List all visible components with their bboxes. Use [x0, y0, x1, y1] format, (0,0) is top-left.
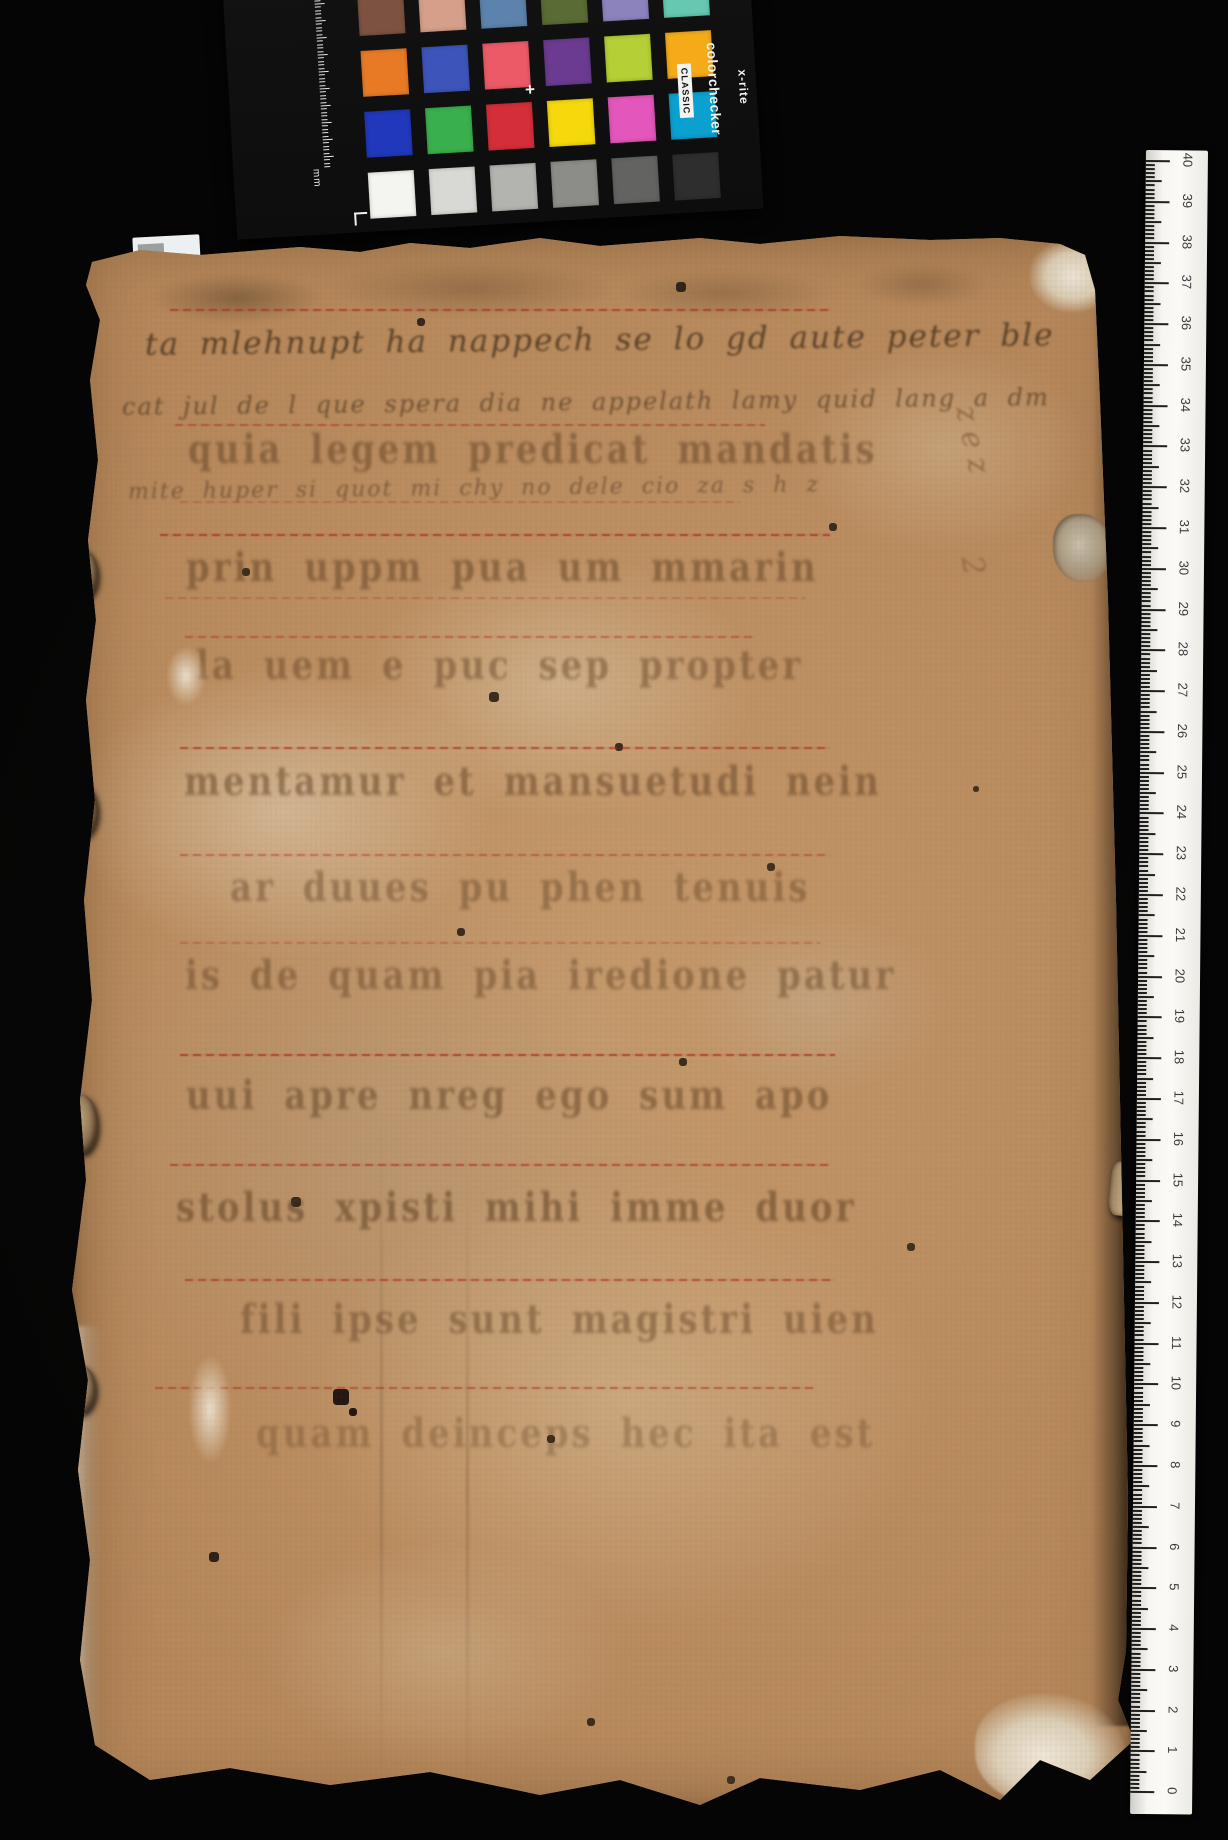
ruler-number: 12 [1169, 1290, 1184, 1314]
ruler-tick [1135, 1245, 1144, 1247]
card-mm-tick [323, 153, 329, 154]
ruler-tick [1132, 1648, 1148, 1650]
ruler-tick [1139, 910, 1148, 912]
card-registration-cross: + [525, 80, 536, 101]
ruler-tick [1131, 1763, 1140, 1765]
ruler-tick [1144, 405, 1168, 407]
ruler-tick [1130, 1771, 1146, 1773]
ruler-tick [1135, 1281, 1151, 1283]
ruler-tick [1145, 221, 1161, 223]
ruler-tick [1135, 1334, 1144, 1336]
ruler-tick [1143, 437, 1152, 439]
ruler-tick [1137, 1082, 1146, 1084]
ruler-tick [1138, 976, 1162, 978]
faded-gothic-text-line: fili ipse sunt magistri uien [240, 1296, 879, 1343]
ruler-tick [1138, 1016, 1162, 1018]
ruler-tick [1138, 1020, 1147, 1022]
ruler-tick [1133, 1526, 1149, 1528]
ruler-tick [1131, 1697, 1140, 1699]
ruler-tick [1143, 413, 1152, 415]
ruler-tick [1143, 441, 1152, 443]
card-mm-tick [321, 115, 327, 116]
faded-gothic-text-line: stolus xpisti mihi imme duor [176, 1184, 856, 1231]
ruler-tick [1135, 1322, 1151, 1324]
ruler-tick [1144, 339, 1153, 341]
ruler-tick [1144, 331, 1153, 333]
color-patch [550, 159, 599, 208]
ruler-tick [1141, 710, 1157, 712]
manuscript-lines: ta mlehnupt ha nappech se lo gd aute pet… [70, 226, 1134, 1812]
ruler-tick [1143, 494, 1152, 496]
ruler-tick [1136, 1220, 1160, 1222]
ruler-tick [1130, 1767, 1139, 1769]
ruler-tick [1134, 1436, 1143, 1438]
ruler-tick [1145, 246, 1154, 248]
manuscript-cover: ta mlehnupt ha nappech se lo gd aute pet… [70, 226, 1134, 1812]
ruler-tick [1135, 1302, 1159, 1304]
ruler-tick [1133, 1493, 1142, 1495]
card-mm-tick [320, 92, 326, 93]
ruler-number: 28 [1176, 637, 1191, 661]
ruler-tick [1131, 1661, 1140, 1663]
card-mm-tick [316, 20, 326, 22]
ruler-tick [1142, 519, 1151, 521]
ruler-number: 37 [1179, 270, 1194, 294]
ruler-tick [1137, 1126, 1146, 1128]
color-patch [604, 34, 653, 83]
ruler-tick [1132, 1624, 1141, 1626]
ruler-tick [1144, 364, 1168, 366]
card-mm-tick [320, 88, 330, 90]
card-mm-tick [314, 0, 320, 1]
ruler-tick [1136, 1196, 1145, 1198]
ruler-tick [1141, 719, 1150, 721]
ruler-tick [1140, 727, 1149, 729]
ruler-tick [1136, 1192, 1145, 1194]
color-patch [611, 156, 660, 205]
ruler-number: 40 [1180, 148, 1195, 172]
ruler-tick [1138, 980, 1147, 982]
ruler-tick [1139, 878, 1148, 880]
ruler-tick [1134, 1351, 1143, 1353]
ruler-tick [1142, 564, 1151, 566]
ruler-tick [1142, 584, 1151, 586]
ruler-tick [1132, 1636, 1141, 1638]
ruler-tick [1145, 229, 1154, 231]
ruler-tick [1144, 323, 1168, 325]
ruler-tick [1133, 1481, 1142, 1483]
ruler-tick [1137, 1049, 1146, 1051]
color-patch [479, 0, 528, 29]
card-mm-tick [317, 47, 323, 48]
color-patch [486, 102, 535, 151]
ruler-tick [1130, 1775, 1139, 1777]
ruler-tick [1135, 1294, 1144, 1296]
red-ruling-line [180, 501, 740, 503]
ruler-tick [1138, 996, 1154, 998]
ruler-tick [1132, 1604, 1141, 1606]
ruler-tick [1143, 462, 1152, 464]
ruler-tick [1138, 939, 1147, 941]
ruler-tick [1138, 1004, 1147, 1006]
ruler-tick [1133, 1469, 1142, 1471]
card-mm-tick [317, 51, 323, 52]
ruler-tick [1143, 482, 1152, 484]
ruler-tick [1135, 1343, 1159, 1345]
ruler-tick [1140, 739, 1149, 741]
ruler-tick [1137, 1102, 1146, 1104]
ruler-number: 30 [1176, 556, 1191, 580]
ruler-number: 38 [1180, 229, 1195, 253]
ruler-tick [1145, 237, 1154, 239]
card-mm-tick [315, 13, 321, 14]
ruler-tick [1136, 1151, 1145, 1153]
ruler-tick [1146, 189, 1155, 191]
ruler-tick [1137, 1098, 1161, 1100]
ruler-tick [1145, 213, 1154, 215]
ruler-tick [1144, 397, 1153, 399]
ruler-tick [1141, 657, 1150, 659]
ruler-tick [1131, 1742, 1140, 1744]
card-mm-tick [318, 61, 324, 62]
ruler-number: 36 [1179, 311, 1194, 335]
ruler-tick [1134, 1367, 1143, 1369]
ruler-tick [1140, 747, 1149, 749]
ruler-tick [1141, 698, 1150, 700]
ruler-number: 15 [1171, 1167, 1186, 1191]
ruler-tick [1140, 792, 1156, 794]
ruler-tick [1143, 507, 1159, 509]
ruler-tick [1132, 1608, 1148, 1610]
ruler-tick [1139, 894, 1163, 896]
ruler-tick [1131, 1681, 1140, 1683]
ruler-tick [1135, 1330, 1144, 1332]
card-mm-tick [322, 122, 332, 124]
ruler-tick [1141, 645, 1150, 647]
ruler-tick [1132, 1632, 1141, 1634]
color-patch [543, 37, 592, 86]
ruler-number: 6 [1167, 1534, 1182, 1558]
ruler-tick [1143, 466, 1159, 468]
card-mm-tick [317, 44, 323, 45]
ruler-tick [1133, 1534, 1142, 1536]
ruler-tick [1137, 1110, 1146, 1112]
ruler-tick [1133, 1542, 1142, 1544]
ruler-tick [1134, 1359, 1143, 1361]
ruler-tick [1140, 812, 1164, 814]
ruler-tick [1132, 1555, 1141, 1557]
ruler-tick [1145, 209, 1154, 211]
red-ruling-line [180, 942, 820, 944]
ruler-tick [1131, 1754, 1140, 1756]
ruler-tick [1143, 409, 1152, 411]
ruler-tick [1137, 1073, 1146, 1075]
ruler-tick [1145, 290, 1154, 292]
ruler-tick [1135, 1257, 1144, 1259]
ruler-tick [1139, 829, 1148, 831]
color-patch [600, 0, 649, 22]
ruler-tick [1134, 1449, 1143, 1451]
color-patch [429, 166, 478, 215]
ruler-number: 4 [1166, 1616, 1181, 1640]
card-mm-tick [318, 68, 324, 69]
ruler-tick [1143, 474, 1152, 476]
ruler-tick [1142, 535, 1151, 537]
ruler-tick [1138, 1008, 1147, 1010]
ruler-tick [1145, 282, 1169, 284]
ruler-tick [1141, 653, 1150, 655]
ruler-tick [1146, 197, 1155, 199]
ruler-tick [1144, 360, 1153, 362]
ruler-tick [1145, 217, 1154, 219]
ruler-tick [1132, 1652, 1141, 1654]
ruler-number: 18 [1172, 1045, 1187, 1069]
card-mm-tick [324, 156, 334, 158]
ruler-tick [1133, 1485, 1149, 1487]
card-mm-tick [321, 105, 331, 107]
ruler-tick [1146, 172, 1155, 174]
ruler-tick [1142, 547, 1158, 549]
ruler-tick [1139, 865, 1148, 867]
ruler-tick [1143, 445, 1167, 447]
ruler-tick [1142, 572, 1151, 574]
ruler-tick [1141, 670, 1157, 672]
ruler-tick [1139, 918, 1148, 920]
ruler-number: 24 [1174, 800, 1189, 824]
card-mm-tick [323, 142, 329, 143]
ruler-tick [1139, 927, 1148, 929]
ruler-tick [1135, 1249, 1144, 1251]
ruler-tick [1144, 311, 1153, 313]
ruler-tick [1141, 629, 1157, 631]
ruler-tick [1139, 857, 1148, 859]
ruler-tick [1141, 633, 1150, 635]
card-mm-tick [323, 149, 329, 150]
ruler-tick [1132, 1620, 1141, 1622]
ruler-tick [1134, 1387, 1143, 1389]
ruler-tick [1134, 1400, 1143, 1402]
ruler-tick [1132, 1657, 1141, 1659]
ruler-tick [1142, 600, 1151, 602]
ruler-tick [1133, 1530, 1142, 1532]
ruler-tick [1137, 1135, 1146, 1137]
ruler-tick [1132, 1583, 1141, 1585]
card-side-text: x-rite colorchecker CLASSIC [672, 0, 757, 201]
colorchecker-card: mm + x-rite colorchecker CLASSIC [219, 0, 764, 240]
ruler-tick [1146, 160, 1170, 162]
ruler-tick [1135, 1261, 1159, 1263]
red-ruling-line [170, 1164, 830, 1166]
ruler-tick [1138, 1024, 1147, 1026]
ruler-tick [1144, 348, 1153, 350]
ruler-tick [1141, 641, 1150, 643]
ruler-tick [1138, 943, 1147, 945]
card-mm-tick [317, 41, 323, 42]
ruler-tick [1131, 1669, 1155, 1671]
ruler-tick [1142, 560, 1151, 562]
ruler-tick [1135, 1298, 1144, 1300]
ruler-tick [1144, 343, 1160, 345]
ruler-tick [1141, 690, 1165, 692]
ruler-tick [1143, 498, 1152, 500]
ruler-tick [1136, 1143, 1145, 1145]
ruler-tick [1136, 1179, 1160, 1181]
ruler-tick [1140, 800, 1149, 802]
ruler-tick [1140, 784, 1149, 786]
ruler-tick [1146, 193, 1155, 195]
ruler-tick [1136, 1188, 1145, 1190]
ruler-tick [1143, 490, 1152, 492]
color-patch [368, 170, 417, 219]
ruler-tick [1134, 1424, 1158, 1426]
red-ruling-line [185, 636, 755, 638]
ruler-tick [1133, 1473, 1142, 1475]
card-mm-label: mm [310, 169, 322, 188]
ruler-tick [1131, 1734, 1140, 1736]
card-mm-tick [316, 30, 322, 31]
card-mm-tick [322, 129, 328, 130]
ruler-tick [1138, 951, 1147, 953]
ruler-tick [1145, 303, 1161, 305]
ruler-tick [1139, 923, 1148, 925]
sewing-support-knot [64, 548, 98, 600]
ruler-tick [1132, 1559, 1141, 1561]
ruler-tick [1145, 254, 1154, 256]
ruler-tick [1134, 1445, 1150, 1447]
card-mm-tick [315, 7, 321, 8]
ruler-tick [1141, 702, 1150, 704]
ruler-tick [1139, 849, 1148, 851]
faded-gothic-text-line: uui apre nreg ego sum apo [186, 1072, 832, 1119]
ruler-tick [1136, 1228, 1145, 1230]
ruler-tick [1135, 1253, 1144, 1255]
ruler-number: 7 [1167, 1494, 1182, 1518]
ruler-tick [1136, 1171, 1145, 1173]
ruler-number: 13 [1170, 1249, 1185, 1273]
ruler-tick [1139, 890, 1148, 892]
ruler-tick [1131, 1689, 1147, 1691]
card-mm-tick [323, 139, 333, 141]
faded-gothic-text-line: quia legem predicat mandatis [188, 426, 878, 473]
ruler-tick [1141, 621, 1150, 623]
color-patch [357, 0, 406, 36]
ruler-tick [1141, 649, 1165, 651]
ruler-number: 22 [1173, 882, 1188, 906]
ruler-tick [1135, 1326, 1144, 1328]
ruler-number: 10 [1169, 1371, 1184, 1395]
ruler-tick [1145, 225, 1154, 227]
ruler-tick [1142, 523, 1151, 525]
ruler-tick [1142, 551, 1151, 553]
ruler-tick [1142, 515, 1151, 517]
ruler-tick [1133, 1457, 1142, 1459]
ruler-tick [1136, 1155, 1145, 1157]
ruler-tick [1138, 935, 1162, 937]
color-patch [421, 45, 470, 94]
card-mm-tick [319, 81, 325, 82]
ruler-tick [1136, 1159, 1152, 1161]
ruler-tick [1135, 1285, 1144, 1287]
ruler-tick [1141, 682, 1150, 684]
ruler-tick [1135, 1273, 1144, 1275]
ruler-tick [1136, 1224, 1145, 1226]
ruler-tick [1133, 1514, 1142, 1516]
sewing-support-knot [62, 782, 98, 838]
ruler-tick [1136, 1237, 1145, 1239]
ruler-tick [1133, 1546, 1157, 1548]
card-mm-tick [322, 136, 328, 137]
ruler-tick [1138, 959, 1147, 961]
ruler-tick [1136, 1175, 1145, 1177]
card-mm-tick [317, 37, 327, 39]
ruler-tick [1140, 825, 1149, 827]
ruler-tick [1132, 1587, 1156, 1589]
ruler-tick [1133, 1489, 1142, 1491]
ruler-tick [1138, 1012, 1147, 1014]
ruler-tick [1140, 780, 1149, 782]
ruler-tick [1136, 1184, 1145, 1186]
ruler-tick [1134, 1379, 1143, 1381]
ruler-tick [1131, 1750, 1155, 1752]
ruler-tick [1141, 637, 1150, 639]
ruler-tick [1138, 1029, 1147, 1031]
ruler-tick [1132, 1612, 1141, 1614]
ruler-tick [1136, 1208, 1145, 1210]
ruler-tick [1137, 1131, 1146, 1133]
card-mm-tick [318, 58, 324, 59]
ruler-tick [1144, 368, 1153, 370]
ruler-tick [1132, 1571, 1141, 1573]
ruler-tick [1140, 788, 1149, 790]
ruler-tick [1144, 352, 1153, 354]
ruler-tick [1145, 286, 1154, 288]
card-mm-tick [319, 85, 325, 86]
ruler-tick [1134, 1404, 1150, 1406]
ruler-tick [1142, 568, 1166, 570]
ruler-tick [1130, 1787, 1139, 1789]
ruler-tick [1131, 1685, 1140, 1687]
ruler-tick [1144, 392, 1153, 394]
ruler-tick [1131, 1705, 1140, 1707]
ruler-tick [1137, 1114, 1146, 1116]
ruler-tick [1140, 755, 1149, 757]
ruler-tick [1134, 1416, 1143, 1418]
ruler-tick [1135, 1314, 1144, 1316]
ruler-tick [1131, 1726, 1140, 1728]
ruler-numbers: 4039383736353433323130292827262524232221… [1146, 150, 1208, 151]
ruler-number: 5 [1167, 1575, 1182, 1599]
clasp-patch-remnant [1053, 514, 1111, 582]
ruler-tick [1140, 821, 1149, 823]
card-mm-tick [321, 112, 327, 113]
faded-cursive-inscription: mite huper si quot mi chy no dele cio za… [128, 472, 820, 504]
color-patch [490, 163, 539, 212]
ruler-number: 2 [1165, 1697, 1180, 1721]
ruler-tick [1131, 1746, 1140, 1748]
ruler-tick [1142, 539, 1151, 541]
ruler-tick [1134, 1363, 1150, 1365]
ruler-tick [1138, 931, 1147, 933]
ruler-tick [1145, 205, 1154, 207]
red-ruling-line [165, 597, 805, 599]
ruler-tick [1133, 1510, 1142, 1512]
ruler-tick [1139, 914, 1155, 916]
ruler-tick [1135, 1310, 1144, 1312]
red-ruling-line [160, 534, 830, 536]
ruler-number: 3 [1166, 1657, 1181, 1681]
ruler-tick [1141, 674, 1150, 676]
ruler-tick [1144, 356, 1153, 358]
